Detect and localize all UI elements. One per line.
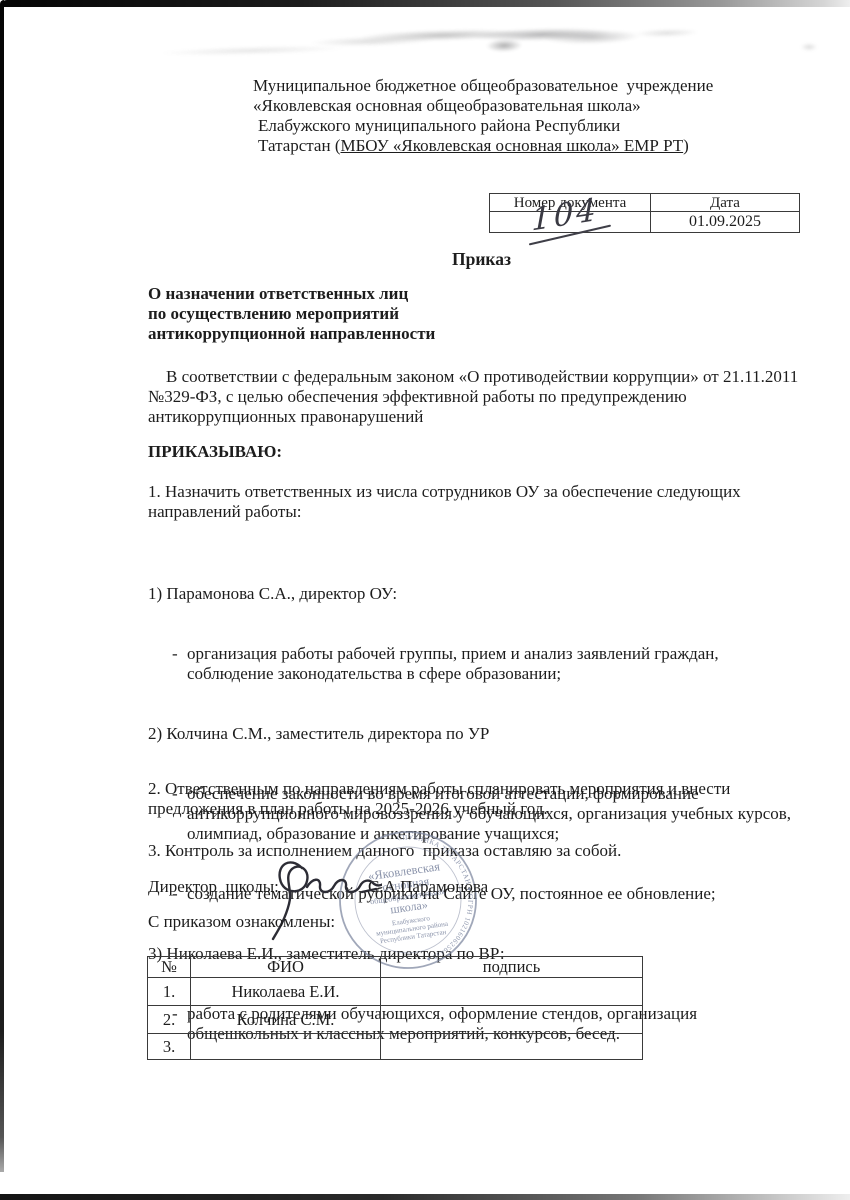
col-header-name: ФИО: [191, 957, 381, 978]
org-header-line4-prefix: Татарстан (: [258, 136, 341, 155]
row-signature-cell: [381, 978, 643, 1006]
table-row: 3.: [148, 1034, 643, 1060]
org-header-line2: «Яковлевская основная общеобразовательна…: [253, 96, 733, 116]
row-signature-cell: [381, 1034, 643, 1060]
signatories-header-row: № ФИО подпись: [148, 957, 643, 978]
assignment-1-bullet-1: - организация работы рабочей группы, при…: [172, 644, 824, 684]
order-subject: О назначении ответственных лиц по осущес…: [148, 284, 748, 344]
table-row: 1. Николаева Е.И.: [148, 978, 643, 1006]
order-subject-line3: антикоррупционной направленности: [148, 324, 748, 344]
bullet-dash: -: [172, 644, 187, 684]
director-signature-label: Директор школы:: [148, 877, 279, 897]
row-name-cell: [191, 1034, 381, 1060]
scan-smudge-dot: [795, 40, 823, 54]
assignment-1-head: 1) Парамонова С.А., директор ОУ:: [148, 584, 824, 604]
resolution-word: ПРИКАЗЫВАЮ:: [148, 442, 282, 462]
row-number-cell: 1.: [148, 978, 191, 1006]
scan-edge-left: [0, 0, 4, 1172]
org-short-name-underlined: МБОУ «Яковлевская основная школа» ЕМР РТ: [341, 136, 684, 155]
table-row: 2. Колчина С.М.: [148, 1006, 643, 1034]
preamble-paragraph: В соответствии с федеральным законом «О …: [148, 367, 824, 427]
col-header-signature: подпись: [381, 957, 643, 978]
row-signature-cell: [381, 1006, 643, 1034]
point-1-paragraph: 1. Назначить ответственных из числа сотр…: [148, 482, 824, 522]
col-header-number: №: [148, 957, 191, 978]
org-header: Муниципальное бюджетное общеобразователь…: [253, 76, 733, 156]
signatories-table: № ФИО подпись 1. Николаева Е.И. 2. Колчи…: [147, 956, 643, 1060]
point-2-paragraph: 2. Ответственным по направлениям работы …: [148, 779, 824, 819]
org-header-line4: Татарстан (МБОУ «Яковлевская основная шк…: [253, 136, 733, 156]
scan-edge-top: [0, 0, 850, 7]
row-name-cell: Колчина С.М.: [191, 1006, 381, 1034]
scan-pencil-smudge: [122, 10, 713, 68]
org-header-line1: Муниципальное бюджетное общеобразователь…: [253, 76, 733, 96]
assignment-2-head: 2) Колчина С.М., заместитель директора п…: [148, 724, 824, 744]
row-name-cell: Николаева Е.И.: [191, 978, 381, 1006]
point-3-paragraph: 3. Контроль за исполнением данного прика…: [148, 841, 824, 861]
doc-date-header-cell: Дата: [651, 194, 800, 212]
row-number-cell: 3.: [148, 1034, 191, 1060]
director-name: С.А.Парамонова: [368, 877, 488, 897]
order-subject-line1: О назначении ответственных лиц: [148, 284, 748, 304]
order-title: Приказ: [148, 249, 815, 269]
assignment-1-bullet-1-text: организация работы рабочей группы, прием…: [187, 644, 719, 684]
order-subject-line2: по осуществлению мероприятий: [148, 304, 748, 324]
row-number-cell: 2.: [148, 1006, 191, 1034]
doc-date-value-cell: 01.09.2025: [651, 212, 800, 233]
org-header-line3: Елабужского муниципального района Респуб…: [253, 116, 733, 136]
acknowledgement-label: С приказом ознакомлены:: [148, 912, 335, 932]
org-header-line4-suffix: ): [683, 136, 689, 155]
scan-edge-bottom: [0, 1194, 850, 1200]
